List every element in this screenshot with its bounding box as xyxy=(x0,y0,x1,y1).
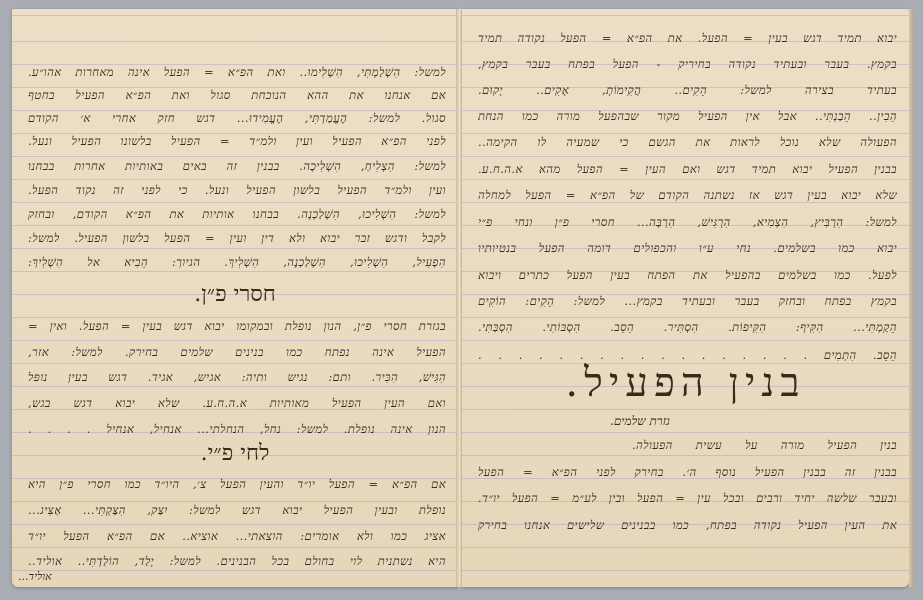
text-line: למשל: הִשְׁלִיכוּ, הִשְׁלַכְנָה. בבחנו א… xyxy=(28,203,446,226)
text-line: לפני הפ״א הפעיל ועין ולמ״ד = הפעיל בלשונ… xyxy=(28,130,446,153)
text-line-tail: אוליד... xyxy=(18,570,52,583)
section-heading-chasrei-pe-nun: חסרי פ״ן. xyxy=(12,281,458,307)
section-heading-binyan-hifil: בנין הפעיל. xyxy=(462,359,909,406)
notebook-left-page: למשל: הִשְׁלַמְתִּי, הִשְׁלִימוּ.. ואת ה… xyxy=(12,9,458,587)
text-line: לפעל. כמו בשלמים בהפעיל את הפתח בעין הפע… xyxy=(478,264,897,287)
text-line: שלא יבוא בעין דגש אז נשתנה הקודם של הפ״א… xyxy=(478,184,897,207)
text-line: אם הפ״א = הפעל יו״ד והעין הפעל צ׳, היו״ד… xyxy=(28,473,446,496)
text-line: את העין הפעיל נקודה בפתח, כמו בבנינים של… xyxy=(478,514,897,537)
text-line: הנון אינה נופלת. למשל: נחל, הנחלתי... אנ… xyxy=(28,418,446,441)
text-line: בגזרת חסרי פ״ן, הנון נופלת ובמקומו יבוא … xyxy=(28,315,446,338)
text-line: בקמץ. בעבר ובעתיד נקודה בחיריק - הפעל בפ… xyxy=(478,53,897,76)
text-line: ובעבר שלשה יחיד ורבים ובכל עין = הפעל וב… xyxy=(478,487,897,510)
text-line: בקמץ בפתח ובחזק בעבר ובעתיד בקמץ... למשל… xyxy=(478,290,897,313)
text-line: הִפְעִיל, הִשְׁלִיכוּ, הִשְׁלַכְנָה, הִש… xyxy=(28,251,446,274)
text-line: לקבל ודגש זבר יבוא ולא דין ועין = הפעל ב… xyxy=(28,227,446,250)
text-line: אם אנחנו את ההא הנוכחת סגול ואת הפ״א הפע… xyxy=(28,84,446,107)
text-line: הִגִּישׁ, הִכִּיר. ותם: נגיש ותיה: אגיש,… xyxy=(28,366,446,389)
text-line: אציג כמו ולא אומרים: הוצאתי... אוציא.. א… xyxy=(28,525,446,548)
text-line: סגול. למשל: הֶעֱמַדְתִּי, הֶעֱמִידוּ... … xyxy=(28,107,446,130)
text-line: ואם העין הפעיל מאותיות א.ה.ח.ע. שלא יבוא… xyxy=(28,392,446,415)
text-line: בבנין זה בבנין הפעיל נוסף ה׳. בחירק לפני… xyxy=(478,461,897,484)
text-line: בנין הפעיל מורה על עשית הפעולה. xyxy=(632,434,897,457)
text-line: בעתיד בצירה למשל: הֵקִים.. הֲקִימוֹתָ, א… xyxy=(478,79,897,102)
subheading-gizrat-shlemim: גזרת שלמים. xyxy=(610,414,670,429)
text-line: למשל: הִרְבִּיץ, הִצְמִיא, הִרְגִּישׁ, ה… xyxy=(478,211,897,234)
notebook-right-page: יבוא תמיד דגש בעין = הפעל. את הפ״א = הפע… xyxy=(462,9,909,587)
text-line: הֵבִין.. הֵבַנְתִּי.. אבל אין הפעיל מקור… xyxy=(478,105,897,128)
text-line: היא נשתנית לוי בחולם בכל הבנינים. למשל: … xyxy=(28,550,446,573)
text-line: בבנין הפעיל יבוא תמיד דגש ואם העין = הפע… xyxy=(478,158,897,181)
text-line: יבוא כמו בשלמים. נחי ע״ו והכפולים דומה ה… xyxy=(478,237,897,260)
text-line: הֵקַמְתִּי... הִקִּיף: הִקִּיפוֹת. הִסְת… xyxy=(478,316,897,339)
text-line: למשל: הִשְׁלַמְתִּי, הִשְׁלִימוּ.. ואת ה… xyxy=(28,61,446,84)
text-line: הפעיל אינה נפתח כמו בנינים שלמים בחירק. … xyxy=(28,341,446,364)
text-line: הפעולה שלא נוכל לראות את הגשם כי שמעיה ל… xyxy=(478,131,897,154)
text-line: יבוא תמיד דגש בעין = הפעל. את הפ״א = הפע… xyxy=(478,27,897,50)
text-line: למשל: הִצְלִיחַ, הִשְׁלִיכָה. בבנין זה ב… xyxy=(28,155,446,178)
notebook-page-edge xyxy=(909,9,914,587)
right-page-text: יבוא תמיד דגש בעין = הפעל. את הפ״א = הפע… xyxy=(462,9,909,587)
left-page-text: למשל: הִשְׁלַמְתִּי, הִשְׁלִימוּ.. ואת ה… xyxy=(12,9,458,587)
section-heading-nachei-pe-yod: לחי פ״י. xyxy=(12,440,458,466)
text-line: ועין ולמ״ד הפעיל בלשון הפעיל ונעל. כי לפ… xyxy=(28,179,446,202)
text-line: נופלת ובעין הפעיל יבוא דגש למשל: יִצַּק,… xyxy=(28,499,446,522)
